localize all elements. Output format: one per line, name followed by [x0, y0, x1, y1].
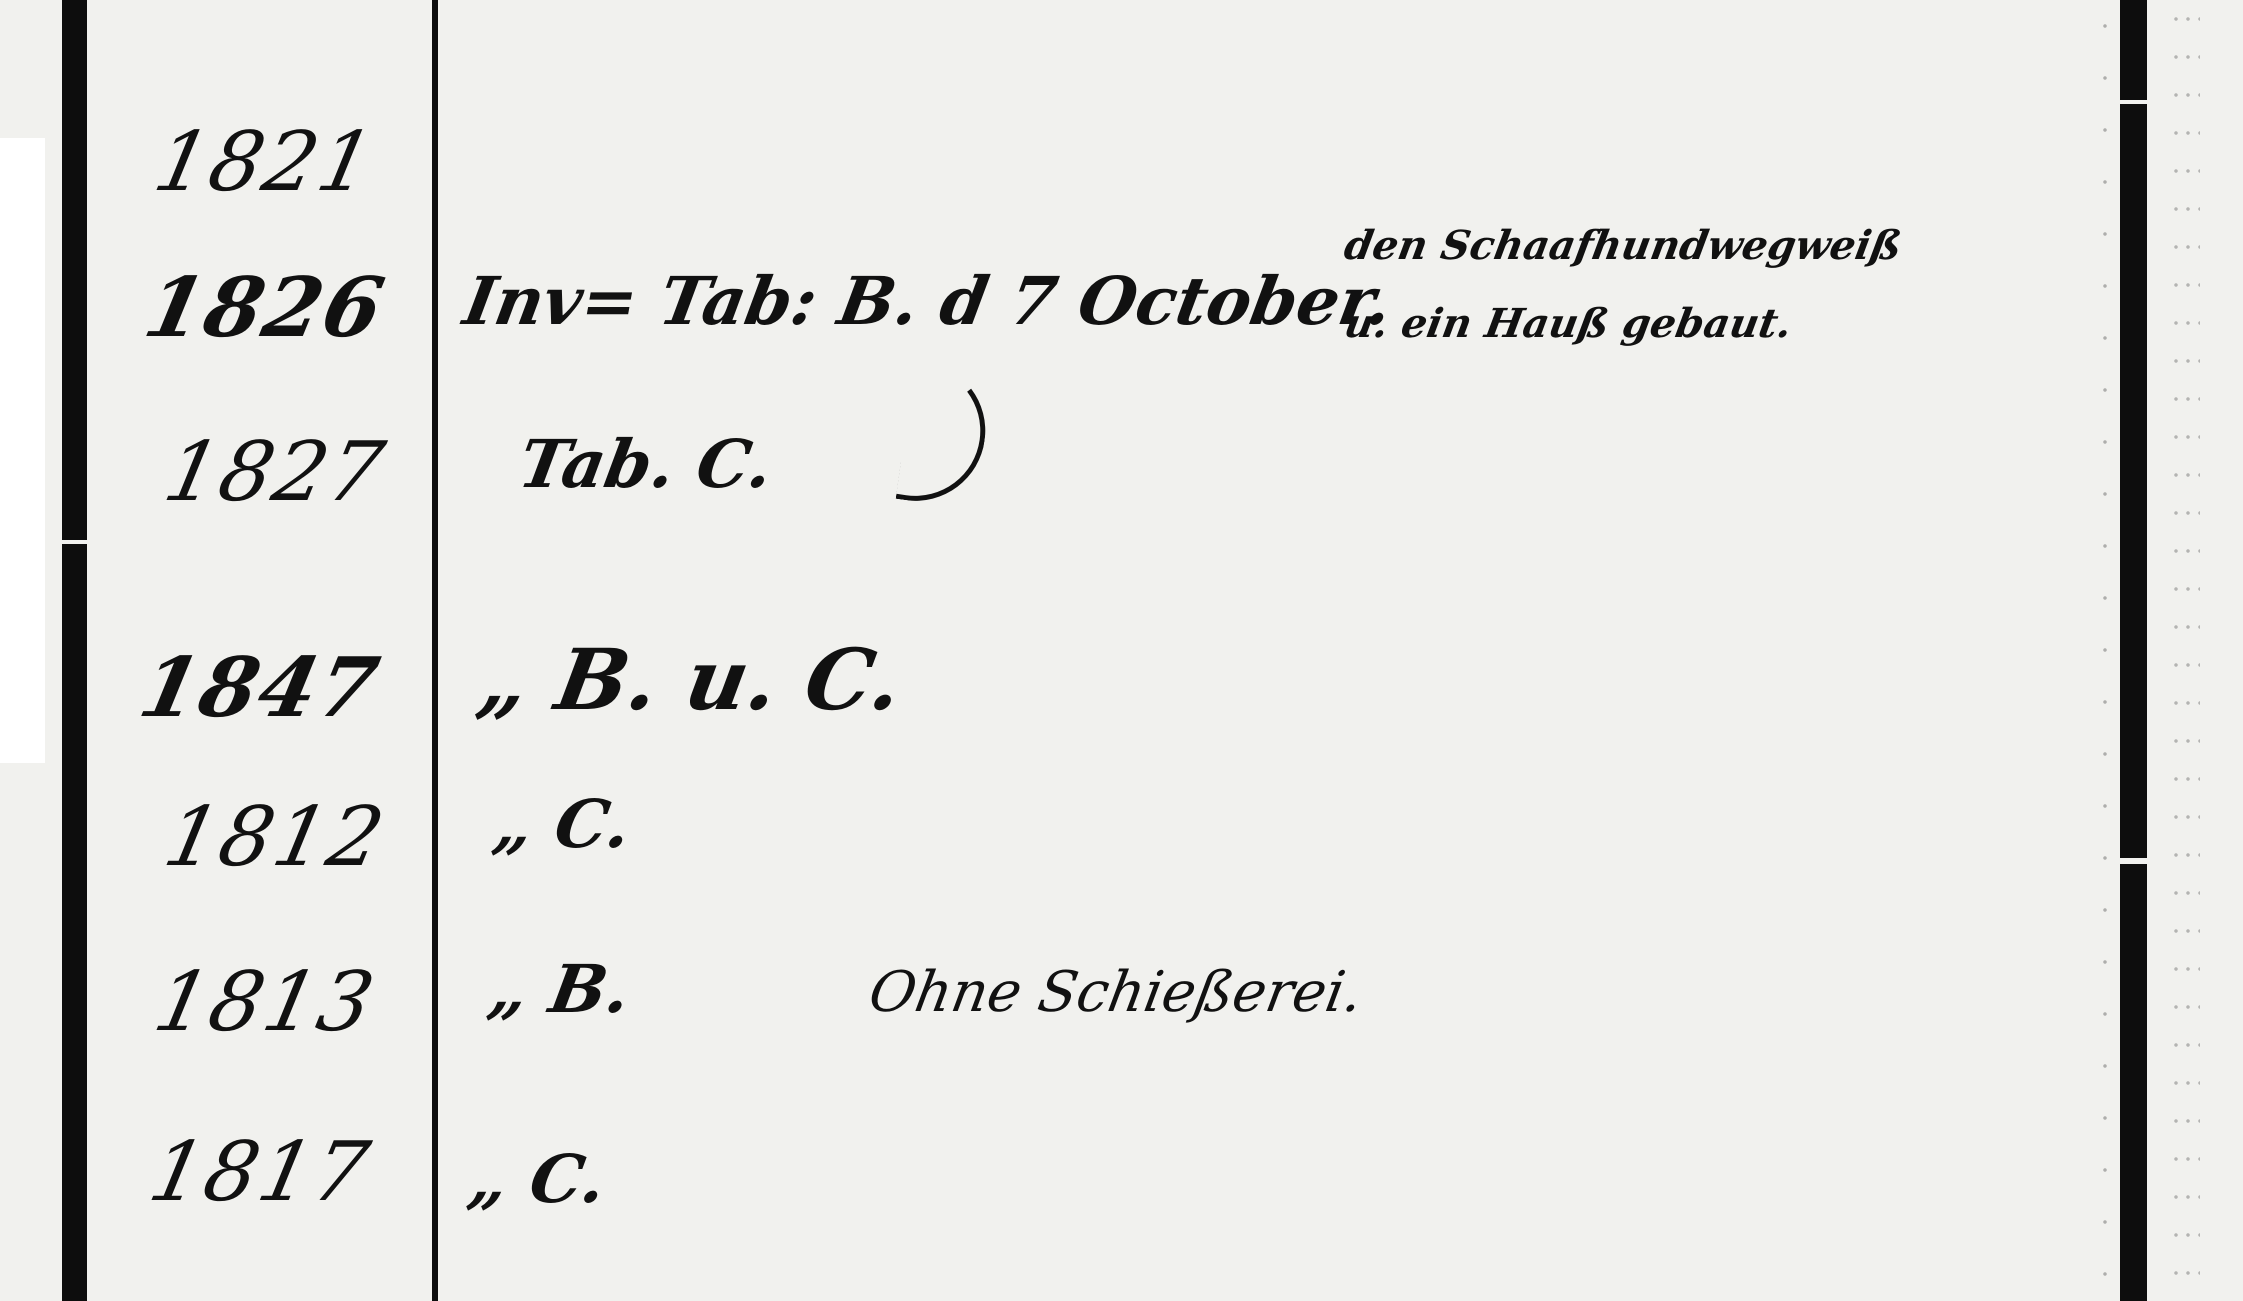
annotation-1826-line2: u. ein Hauß gebaut.	[1341, 300, 1796, 347]
year-1827: 1827	[100, 425, 450, 520]
entry-1817: „ C.	[463, 1140, 612, 1218]
entry-1827: Tab. C.	[513, 425, 779, 503]
year-1812: 1812	[100, 790, 450, 885]
right-column-rule	[2120, 0, 2147, 1301]
year-1826: 1826	[90, 260, 440, 356]
left-column-rule	[62, 0, 87, 1301]
scan-noise-inner	[2100, 0, 2112, 1301]
entry-1826: Inv= Tab: B. d 7 October.	[458, 262, 1398, 340]
entry-1847: „ B. u. C.	[471, 630, 910, 729]
year-1813: 1813	[90, 955, 440, 1050]
scan-margin-patch	[0, 138, 45, 763]
year-1821: 1821	[90, 115, 440, 210]
annotation-1813: Ohne Schießerei.	[864, 960, 1367, 1025]
scan-noise	[2170, 0, 2200, 1301]
bracket-mark	[896, 360, 995, 510]
year-1847: 1847	[85, 640, 435, 736]
annotation-1826-line1: den Schaafhundwegweiß	[1341, 222, 1906, 269]
entry-1812: „ C.	[488, 785, 637, 863]
entry-1813: „ B.	[483, 950, 636, 1028]
year-1817: 1817	[85, 1125, 435, 1220]
